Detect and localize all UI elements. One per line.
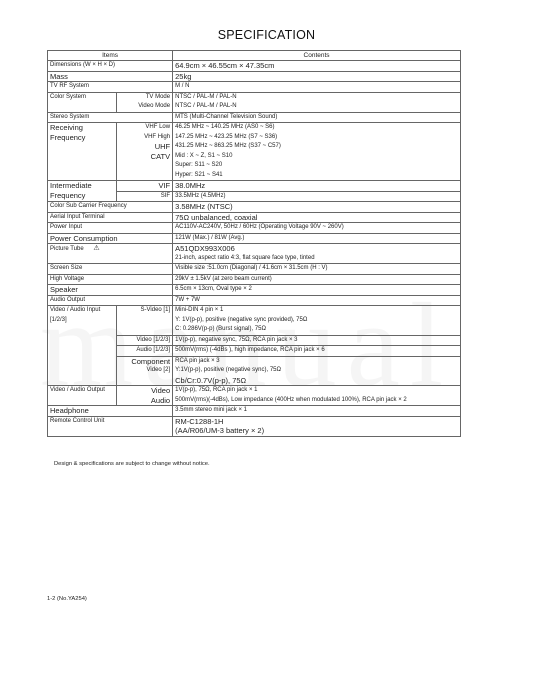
table-row: Speaker 6.5cm × 13cm, Oval type × 2: [48, 285, 461, 296]
header-items: Items: [48, 51, 173, 61]
table-row: TV RF System M / N: [48, 82, 461, 93]
row-sublabel: VIF: [117, 181, 173, 192]
row-value: 7W + 7W: [173, 295, 461, 306]
row-value: 3.5mm stereo mini jack × 1: [173, 406, 461, 417]
row-value: 121W (Max.) / 81W (Avg.): [173, 233, 461, 244]
row-value: MTS (Multi-Channel Television Sound): [173, 112, 461, 123]
row-value: 1V(p-p), negative sync, 75Ω, RCA pin jac…: [173, 335, 461, 346]
row-label: Intermediate Frequency: [48, 181, 117, 202]
row-label: Receiving Frequency: [48, 123, 117, 181]
row-sublabel: Component Video [2]: [117, 356, 173, 386]
table-row: Picture Tube ⚠ A51QDX993X006 21-inch, as…: [48, 244, 461, 264]
row-label: TV RF System: [48, 82, 173, 93]
row-value: 46.25 MHz ~ 140.25 MHz (AS0 ~ S6) 147.25…: [173, 123, 461, 181]
table-row: Power Consumption 121W (Max.) / 81W (Avg…: [48, 233, 461, 244]
table-row: Intermediate Frequency VIF 38.0MHz: [48, 181, 461, 192]
table-row: Video / Audio Output Video Audio 1V(p-p)…: [48, 386, 461, 406]
page-title: SPECIFICATION: [0, 28, 533, 42]
row-sublabels: VHF Low VHF High UHF CATV: [117, 123, 173, 181]
table-row: Color Sub Carrier Frequency 3.58MHz (NTS…: [48, 202, 461, 213]
table-row: Screen Size Visible size :51.0cm (Diagon…: [48, 264, 461, 275]
table-row: Video / Audio Input [1/2/3] S-Video [1] …: [48, 306, 461, 336]
row-label: High Voltage: [48, 274, 173, 285]
row-value: NTSC / PAL-M / PAL-N NTSC / PAL-M / PAL-…: [173, 92, 461, 112]
row-value: 29kV ± 1.5kV (at zero beam current): [173, 274, 461, 285]
row-label: Aerial Input Terminal: [48, 212, 173, 223]
table-row: High Voltage 29kV ± 1.5kV (at zero beam …: [48, 274, 461, 285]
row-value: 3.58MHz (NTSC): [173, 202, 461, 213]
row-sublabels: Video Audio: [117, 386, 173, 406]
row-value: 75Ω unbalanced, coaxial: [173, 212, 461, 223]
row-value: 1V(p-p), 75Ω, RCA pin jack × 1 500mV(rms…: [173, 386, 461, 406]
row-value: 64.9cm × 46.55cm × 47.35cm: [173, 61, 461, 72]
table-row: Dimensions (W × H × D) 64.9cm × 46.55cm …: [48, 61, 461, 72]
row-value: Mini-DIN 4 pin × 1 Y: 1V(p-p), positive …: [173, 306, 461, 336]
table-row: Remote Control Unit RM-C1288-1H (AA/R06/…: [48, 416, 461, 436]
warning-icon: ⚠: [93, 244, 99, 254]
row-label: Color Sub Carrier Frequency: [48, 202, 173, 213]
row-label: Power Consumption: [48, 233, 173, 244]
row-label: Speaker: [48, 285, 173, 296]
page-footer: 1-2 (No.YA254): [47, 596, 87, 602]
row-label: Audio Output: [48, 295, 173, 306]
header-contents: Contents: [173, 51, 461, 61]
table-header-row: Items Contents: [48, 51, 461, 61]
disclaimer-note: Design & specifications are subject to c…: [54, 461, 210, 467]
row-label: Dimensions (W × H × D): [48, 61, 173, 72]
row-value: Visible size :51.0cm (Diagonal) / 41.6cm…: [173, 264, 461, 275]
row-sublabel: Video [1/2/3]: [117, 335, 173, 346]
row-label: Remote Control Unit: [48, 416, 173, 436]
table-row: Color System TV Mode Video Mode NTSC / P…: [48, 92, 461, 112]
row-sublabel: Audio [1/2/3]: [117, 346, 173, 357]
row-label: Stereo System: [48, 112, 173, 123]
row-sublabel: SIF: [117, 191, 173, 202]
table-row: Stereo System MTS (Multi-Channel Televis…: [48, 112, 461, 123]
table-row: Mass 25kg: [48, 71, 461, 82]
row-value: RM-C1288-1H (AA/R06/UM-3 battery × 2): [173, 416, 461, 436]
row-value: AC110V-AC240V, 50Hz / 60Hz (Operating Vo…: [173, 223, 461, 234]
row-label: Headphone: [48, 406, 173, 417]
row-value: 6.5cm × 13cm, Oval type × 2: [173, 285, 461, 296]
row-label: Picture Tube ⚠: [48, 244, 173, 264]
row-value: 500mV(rms) (-4dBs ), high impedance, RCA…: [173, 346, 461, 357]
row-label: Video / Audio Input [1/2/3]: [48, 306, 117, 386]
row-value: RCA pin jack × 3 Y:1V(p-p), positive (ne…: [173, 356, 461, 386]
table-row: Aerial Input Terminal 75Ω unbalanced, co…: [48, 212, 461, 223]
row-label: Screen Size: [48, 264, 173, 275]
row-value: 38.0MHz: [173, 181, 461, 192]
row-value: 33.5MHz (4.5MHz): [173, 191, 461, 202]
row-label: Video / Audio Output: [48, 386, 117, 406]
row-value: A51QDX993X006 21-inch, aspect ratio 4:3,…: [173, 244, 461, 264]
row-sublabel: S-Video [1]: [117, 306, 173, 336]
row-value: 25kg: [173, 71, 461, 82]
spec-table: Items Contents Dimensions (W × H × D) 64…: [47, 50, 461, 437]
table-row: Receiving Frequency VHF Low VHF High UHF…: [48, 123, 461, 181]
row-label: Mass: [48, 71, 173, 82]
table-row: Audio Output 7W + 7W: [48, 295, 461, 306]
row-value: M / N: [173, 82, 461, 93]
table-row: Headphone 3.5mm stereo mini jack × 1: [48, 406, 461, 417]
row-label: Power Input: [48, 223, 173, 234]
row-sublabels: TV Mode Video Mode: [117, 92, 173, 112]
row-label: Color System: [48, 92, 117, 112]
table-row: Power Input AC110V-AC240V, 50Hz / 60Hz (…: [48, 223, 461, 234]
